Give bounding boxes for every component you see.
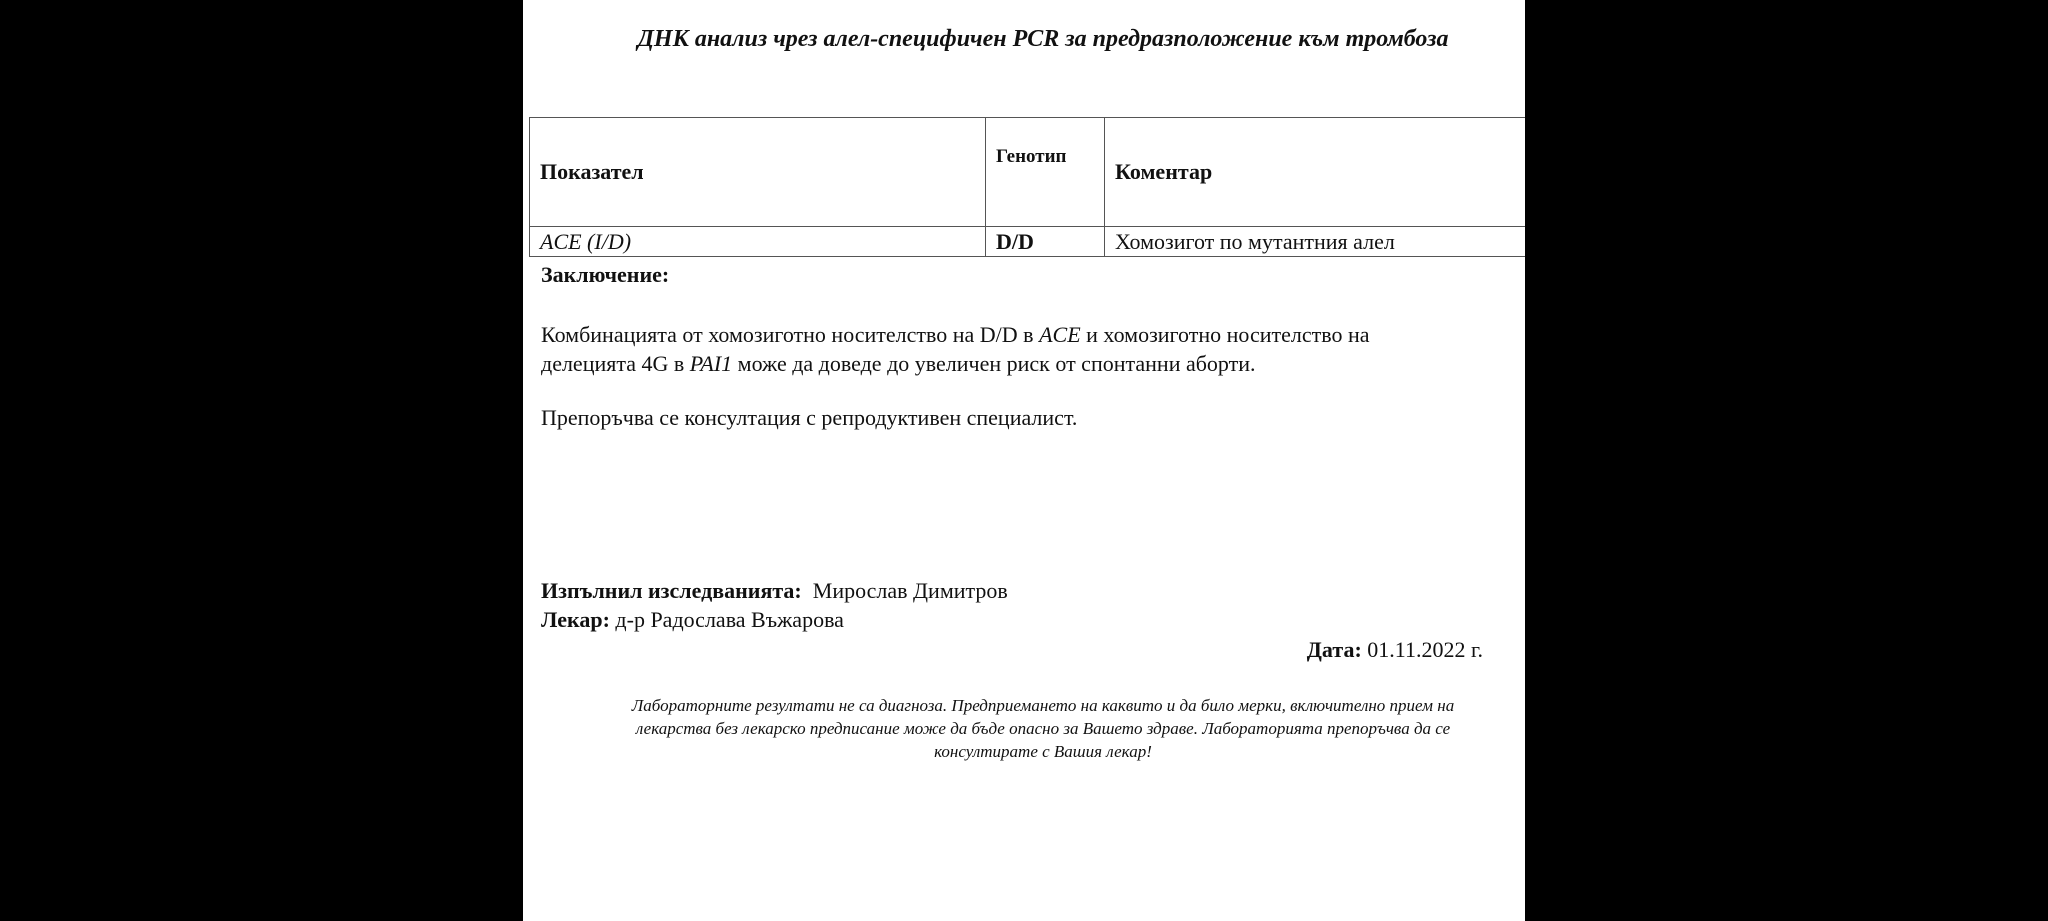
disclaimer: Лабораторните резултати не са диагноза. … [553, 694, 1525, 763]
header-genotype: Генотип [986, 118, 1105, 227]
disclaimer-line-2: лекарства без лекарско предписание може … [553, 717, 1525, 740]
cell-genotype: D/D [986, 227, 1105, 257]
text-segment: може да доведе до увеличен риск от спонт… [732, 351, 1255, 376]
performed-by-name: Мирослав Димитров [813, 578, 1008, 603]
conclusion-paragraph-2: Препоръчва се консултация с репродуктиве… [541, 403, 1077, 432]
performed-by: Изпълнил изследванията: Мирослав Димитро… [541, 578, 1008, 604]
disclaimer-line-3: консултирате с Вашия лекар! [553, 740, 1525, 763]
disclaimer-line-1: Лабораторните резултати не са диагноза. … [553, 694, 1525, 717]
document-title: ДНК анализ чрез алел-специфичен PCR за п… [523, 26, 1525, 53]
performed-by-label: Изпълнил изследванията: [541, 578, 802, 603]
header-comment: Коментар [1105, 118, 1526, 227]
doctor-label: Лекар: [541, 607, 610, 632]
text-segment: Комбинацията от хомозиготно носителство … [541, 322, 1039, 347]
doctor-name: д-р Радослава Въжарова [615, 607, 844, 632]
date-label: Дата: [1307, 637, 1362, 662]
table-row: ACE (I/D) D/D Хомозигот по мутантния але… [530, 227, 1526, 257]
conclusion-heading: Заключение: [541, 262, 669, 288]
conclusion-line-1: Комбинацията от хомозиготно носителство … [541, 320, 1525, 349]
cell-comment: Хомозигот по мутантния алел [1105, 227, 1526, 257]
report-date: Дата: 01.11.2022 г. [1307, 637, 1483, 663]
table-header-row: Показател Генотип Коментар [530, 118, 1526, 227]
results-table: Показател Генотип Коментар ACE (I/D) D/D… [529, 117, 1525, 257]
gene-pai1: PAI1 [690, 351, 732, 376]
text-segment: и хомозиготно носителство на [1081, 322, 1370, 347]
doctor: Лекар: д-р Радослава Въжарова [541, 607, 844, 633]
text-part: Комбинацията от хомозиготно носителство … [541, 320, 1370, 349]
conclusion-paragraph-1: Комбинацията от хомозиготно носителство … [541, 320, 1525, 378]
gene-ace: ACE [1039, 322, 1081, 347]
cell-indicator: ACE (I/D) [530, 227, 986, 257]
header-indicator: Показател [530, 118, 986, 227]
date-value: 01.11.2022 г. [1367, 637, 1483, 662]
conclusion-line-2: делецията 4G в PAI1 може да доведе до ув… [541, 349, 1525, 378]
text-segment: делецията 4G в [541, 351, 690, 376]
document-page: ДНК анализ чрез алел-специфичен PCR за п… [523, 0, 1525, 921]
